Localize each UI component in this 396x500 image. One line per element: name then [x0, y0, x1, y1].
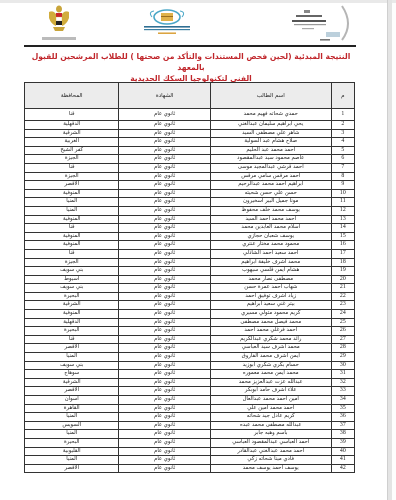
row-number: 9 — [331, 181, 354, 190]
certificate-cell: ثانوي عام — [119, 172, 210, 181]
student-name-cell: كريم عادل جيد شحاته — [210, 413, 331, 422]
table-row: 14اسلام محمد العابدين محمدثانوي عامقنا — [25, 224, 355, 233]
table-row: 13احمد محمد احمد السيدثانوي عامالمنوفية — [25, 215, 355, 224]
certificate-cell: ثانوي عام — [119, 447, 210, 456]
governorate-cell: الجيزة — [25, 172, 119, 181]
row-number: 31 — [331, 370, 354, 379]
table-row: 23بيتر غني سعيد ابراهيمثانوي عامالشرقية — [25, 301, 355, 310]
document-page: النتيجة المبدئية (لحين فحص المستندات وال… — [0, 0, 392, 500]
table-row: 25محمد فيصل محمد مصطفىثانوي عامالدقهلية — [25, 318, 355, 327]
governorate-cell: القاهرة — [25, 404, 119, 413]
student-name-cell: ابراهيم احمد محمد عبدالرحيم — [210, 181, 331, 190]
certificate-cell: ثانوي عام — [119, 387, 210, 396]
table-row: 11مونا جميل البير اسخيرونثانوي عامالمنيا — [25, 198, 355, 207]
certificate-cell: ثانوي عام — [119, 189, 210, 198]
table-row: 33علاء اشرف حامد ابوبكرثانوي عامالاقصر — [25, 387, 355, 396]
table-row: 30حسام بكري شكري ابوزيدثانوي عامبني سويف — [25, 361, 355, 370]
student-name-cell: مصطفى نصار محمد — [210, 275, 331, 284]
student-name-cell: احمد محمد احمد السيد — [210, 215, 331, 224]
table-row: 40احمد محمد عبدالغني عبدالقادرثانوي عاما… — [25, 447, 355, 456]
table-row: 8احمد مرقس سامي مرقسثانوي عامالجيزة — [25, 172, 355, 181]
table-row: 26احمد فرغلي محمد احمدثانوي عامالبحيرة — [25, 327, 355, 336]
governorate-cell: المنوفية — [25, 215, 119, 224]
row-number: 13 — [331, 215, 354, 224]
student-name-cell: يوسف احمد يوسف محمد — [210, 464, 331, 473]
results-table: م اسم الطالب الشهادة المحافظة 1حمدي شحات… — [24, 82, 355, 473]
student-name-cell: احمد سعيد احمد الشاذلي — [210, 249, 331, 258]
student-name-cell: احمد محمد امين علي — [210, 404, 331, 413]
row-number: 26 — [331, 327, 354, 336]
row-number: 39 — [331, 438, 354, 447]
row-number: 3 — [331, 129, 354, 138]
student-name-cell: حسام بكري شكري ابوزيد — [210, 361, 331, 370]
student-name-cell: محمد فيصل محمد مصطفى — [210, 318, 331, 327]
student-name-cell: رائد محمد شكري عبدالكريم — [210, 335, 331, 344]
certificate-cell: ثانوي عام — [119, 361, 210, 370]
certificate-cell: ثانوي عام — [119, 421, 210, 430]
student-name-cell: يوسف شعبان حجازي — [210, 232, 331, 241]
certificate-cell: ثانوي عام — [119, 109, 210, 121]
row-number: 15 — [331, 232, 354, 241]
railway-emblem-icon — [286, 4, 352, 44]
row-number: 20 — [331, 275, 354, 284]
table-row: 28محمد اشرف سيد العباسيثانوي عامالاقصر — [25, 344, 355, 353]
row-number: 16 — [331, 241, 354, 250]
student-name-cell: محمود محمد مختار عنتري — [210, 241, 331, 250]
governorate-cell: المنيا — [25, 353, 119, 362]
student-name-cell: احمد قرشي عبدالمجيد موسى — [210, 163, 331, 172]
governorate-cell: كفر الشيخ — [25, 146, 119, 155]
student-name-cell: احمد محمد عبدالغني عبدالقادر — [210, 447, 331, 456]
table-row: 19هشام ايمن قلسي سيهوبثانوي عامبني سويف — [25, 267, 355, 276]
certificate-cell: ثانوي عام — [119, 181, 210, 190]
governorate-cell: الدقهلية — [25, 318, 119, 327]
certificate-cell: ثانوي عام — [119, 138, 210, 147]
certificate-cell: ثانوي عام — [119, 146, 210, 155]
certificate-cell: ثانوي عام — [119, 353, 210, 362]
row-number: 25 — [331, 318, 354, 327]
table-row: 32عبدالله عزت عبدالعزيز محمدثانوي عامالش… — [25, 378, 355, 387]
governorate-cell: الدقهلية — [25, 121, 119, 130]
governorate-cell: المنيا — [25, 430, 119, 439]
row-number: 32 — [331, 378, 354, 387]
title-line-1: النتيجة المبدئية (لحين فحص المستندات وال… — [28, 51, 354, 73]
row-number: 37 — [331, 421, 354, 430]
governorate-cell: الغربية — [25, 138, 119, 147]
student-name-cell: صلاح هشام عبد السولية — [210, 138, 331, 147]
table-row: 36كريم عادل جيد شحاتهثانوي عامالمنيا — [25, 413, 355, 422]
table-row: 42يوسف احمد يوسف محمدثانوي عامالاقصر — [25, 464, 355, 473]
governorate-cell: بني سويف — [25, 284, 119, 293]
row-number: 12 — [331, 206, 354, 215]
table-row: 41فادي مينا شحاته زكيثانوي عامالمنيا — [25, 456, 355, 465]
row-number: 30 — [331, 361, 354, 370]
student-name-cell: يوسف محمد خلف محفوظ — [210, 206, 331, 215]
governorate-cell: الشرقية — [25, 378, 119, 387]
row-number: 19 — [331, 267, 354, 276]
table-row: 20مصطفى نصار محمدثانوي عاماسيوط — [25, 275, 355, 284]
table-row: 21شهاب احمد عمرة حسنثانوي عامبني سويف — [25, 284, 355, 293]
row-number: 40 — [331, 447, 354, 456]
governorate-cell: المنوفية — [25, 189, 119, 198]
row-number: 24 — [331, 310, 354, 319]
certificate-cell: ثانوي عام — [119, 327, 210, 336]
student-name-cell: عبدالله عزت عبدالعزيز محمد — [210, 378, 331, 387]
row-number: 27 — [331, 335, 354, 344]
table-row: 10حسن علي حسن شحيتهثانوي عامالمنوفية — [25, 189, 355, 198]
table-row: 27رائد محمد شكري عبدالكريمثانوي عامقنا — [25, 335, 355, 344]
governorate-cell: المنيا — [25, 198, 119, 207]
governorate-cell: المنيا — [25, 413, 119, 422]
railway-authority-logo — [286, 4, 352, 44]
row-number: 28 — [331, 344, 354, 353]
student-name-cell: كريم محمود متولي مسيري — [210, 310, 331, 319]
certificate-cell: ثانوي عام — [119, 284, 210, 293]
certificate-cell: ثانوي عام — [119, 413, 210, 422]
certificate-cell: ثانوي عام — [119, 292, 210, 301]
student-name-cell: باسم وهبه جابر — [210, 430, 331, 439]
governorate-cell: المنوفية — [25, 241, 119, 250]
table-row: 17احمد سعيد احمد الشاذليثانوي عامقنا — [25, 249, 355, 258]
certificate-cell: ثانوي عام — [119, 430, 210, 439]
row-number: 10 — [331, 189, 354, 198]
table-body: 1حمدي شحاته فهيم محمدثانوي عامقنا2يحي اب… — [25, 109, 355, 473]
student-name-cell: احمد العباسي عبدالمقصود العباسي — [210, 438, 331, 447]
student-name-cell: زياد اشرف توفيق احمد — [210, 292, 331, 301]
certificate-cell: ثانوي عام — [119, 404, 210, 413]
row-number: 11 — [331, 198, 354, 207]
governorate-cell: القليوبية — [25, 447, 119, 456]
table-row: 39احمد العباسي عبدالمقصود العباسيثانوي ع… — [25, 438, 355, 447]
student-name-cell: محمد اشرف خليفة ابراهيم — [210, 258, 331, 267]
governorate-cell: المنوفية — [25, 310, 119, 319]
header-certificate: الشهادة — [119, 83, 210, 109]
row-number: 21 — [331, 284, 354, 293]
student-name-cell: ايمن اشرف محمد الفاروق — [210, 353, 331, 362]
table-row: 24كريم محمود متولي مسيريثانوي عامالمنوفي… — [25, 310, 355, 319]
student-name-cell: حسن علي حسن شحيته — [210, 189, 331, 198]
student-name-cell: هشام ايمن قلسي سيهوب — [210, 267, 331, 276]
student-name-cell: محمد ايمن محمد معموره — [210, 370, 331, 379]
certificate-cell: ثانوي عام — [119, 267, 210, 276]
table-row: 29ايمن اشرف محمد الفاروقثانوي عامالمنيا — [25, 353, 355, 362]
header-governorate: المحافظة — [25, 83, 119, 109]
governorate-cell: الاقصر — [25, 387, 119, 396]
certificate-cell: ثانوي عام — [119, 275, 210, 284]
row-number: 33 — [331, 387, 354, 396]
row-number: 4 — [331, 138, 354, 147]
header-student-name: اسم الطالب — [210, 83, 331, 109]
row-number: 14 — [331, 224, 354, 233]
governorate-cell: الاقصر — [25, 181, 119, 190]
student-name-cell: يحي ابراهيم سليمان عبدالغني — [210, 121, 331, 130]
certificate-cell: ثانوي عام — [119, 215, 210, 224]
governorate-cell: الجيزة — [25, 258, 119, 267]
row-number: 29 — [331, 353, 354, 362]
certificate-cell: ثانوي عام — [119, 378, 210, 387]
student-name-cell: احمد فرغلي محمد احمد — [210, 327, 331, 336]
row-number: 18 — [331, 258, 354, 267]
row-number: 5 — [331, 146, 354, 155]
row-number: 8 — [331, 172, 354, 181]
certificate-cell: ثانوي عام — [119, 464, 210, 473]
row-number: 36 — [331, 413, 354, 422]
certificate-cell: ثانوي عام — [119, 241, 210, 250]
certificate-cell: ثانوي عام — [119, 258, 210, 267]
table-row: 3شاهر علي مصطفى السيدثانوي عامالشرقية — [25, 129, 355, 138]
governorate-cell: قنا — [25, 249, 119, 258]
certificate-cell: ثانوي عام — [119, 232, 210, 241]
student-name-cell: احمد محمد عبد الحليم — [210, 146, 331, 155]
egypt-coat-of-arms-logo — [42, 4, 76, 42]
certificate-cell: ثانوي عام — [119, 155, 210, 164]
governorate-cell: المنيا — [25, 456, 119, 465]
table-row: 37عبدالله مصطفى محمد عبدهثانوي عامالسويس — [25, 421, 355, 430]
table-header-row: م اسم الطالب الشهادة المحافظة — [25, 83, 355, 109]
header-divider — [24, 45, 356, 47]
student-name-cell: عبدالله مصطفى محمد عبده — [210, 421, 331, 430]
governorate-cell: الشرقية — [25, 301, 119, 310]
row-number: 23 — [331, 301, 354, 310]
student-name-cell: حمدي شحاته فهيم محمد — [210, 109, 331, 121]
institute-emblem-icon — [138, 8, 196, 36]
table-row: 31محمد ايمن محمد معمورهثانوي عامسوهاج — [25, 370, 355, 379]
governorate-cell: قنا — [25, 109, 119, 121]
governorate-cell: السويس — [25, 421, 119, 430]
student-name-cell: فادي مينا شحاته زكي — [210, 456, 331, 465]
document-title: النتيجة المبدئية (لحين فحص المستندات وال… — [28, 51, 354, 84]
table-row: 38باسم وهبه جابرثانوي عامالمنيا — [25, 430, 355, 439]
student-name-cell: بيتر غني سعيد ابراهيم — [210, 301, 331, 310]
governorate-cell: اسوان — [25, 396, 119, 405]
certificate-cell: ثانوي عام — [119, 318, 210, 327]
governorate-cell: قنا — [25, 335, 119, 344]
row-number: 41 — [331, 456, 354, 465]
coat-of-arms-caption — [42, 37, 76, 40]
student-name-cell: عاصم محمود سيد عبدالمقصود — [210, 155, 331, 164]
table-row: 15يوسف شعبان حجازيثانوي عامالمنوفية — [25, 232, 355, 241]
certificate-cell: ثانوي عام — [119, 301, 210, 310]
certificate-cell: ثانوي عام — [119, 163, 210, 172]
student-name-cell: شاهر علي مصطفى السيد — [210, 129, 331, 138]
table-row: 18محمد اشرف خليفة ابراهيمثانوي عامالجيزة — [25, 258, 355, 267]
student-name-cell: علاء اشرف حامد ابوبكر — [210, 387, 331, 396]
row-number: 35 — [331, 404, 354, 413]
governorate-cell: بني سويف — [25, 361, 119, 370]
table-row: 16محمود محمد مختار عنتريثانوي عامالمنوفي… — [25, 241, 355, 250]
student-name-cell: احمد مرقس سامي مرقس — [210, 172, 331, 181]
eagle-icon — [48, 4, 70, 34]
certificate-cell: ثانوي عام — [119, 310, 210, 319]
table-row: 1حمدي شحاته فهيم محمدثانوي عامقنا — [25, 109, 355, 121]
table-row: 35احمد محمد امين عليثانوي عامالقاهرة — [25, 404, 355, 413]
header-num: م — [331, 83, 354, 109]
governorate-cell: الشرقية — [25, 129, 119, 138]
certificate-cell: ثانوي عام — [119, 249, 210, 258]
table-row: 22زياد اشرف توفيق احمدثانوي عامالبحيرة — [25, 292, 355, 301]
certificate-cell: ثانوي عام — [119, 129, 210, 138]
row-number: 2 — [331, 121, 354, 130]
certificate-cell: ثانوي عام — [119, 198, 210, 207]
certificate-cell: ثانوي عام — [119, 224, 210, 233]
table-row: 2يحي ابراهيم سليمان عبدالغنيثانوي عامالد… — [25, 121, 355, 130]
table-row: 4صلاح هشام عبد السوليةثانوي عامالغربية — [25, 138, 355, 147]
table-row: 7احمد قرشي عبدالمجيد موسىثانوي عامقنا — [25, 163, 355, 172]
governorate-cell: البحيرة — [25, 438, 119, 447]
certificate-cell: ثانوي عام — [119, 370, 210, 379]
governorate-cell: البحيرة — [25, 292, 119, 301]
table-row: 6عاصم محمود سيد عبدالمقصودثانوي عامالجيز… — [25, 155, 355, 164]
page-right-edge — [387, 0, 392, 500]
governorate-cell: قنا — [25, 224, 119, 233]
certificate-cell: ثانوي عام — [119, 121, 210, 130]
student-name-cell: محمد اشرف سيد العباسي — [210, 344, 331, 353]
row-number: 17 — [331, 249, 354, 258]
governorate-cell: الجيزة — [25, 155, 119, 164]
table-row: 34امين احمد محمد عبدالعالثانوي عاماسوان — [25, 396, 355, 405]
table-row: 5احمد محمد عبد الحليمثانوي عامكفر الشيخ — [25, 146, 355, 155]
row-number: 38 — [331, 430, 354, 439]
governorate-cell: الاقصر — [25, 344, 119, 353]
certificate-cell: ثانوي عام — [119, 396, 210, 405]
governorate-cell: المنيا — [25, 206, 119, 215]
table-row: 12يوسف محمد خلف محفوظثانوي عامالمنيا — [25, 206, 355, 215]
governorate-cell: المنوفية — [25, 232, 119, 241]
row-number: 42 — [331, 464, 354, 473]
row-number: 1 — [331, 109, 354, 121]
certificate-cell: ثانوي عام — [119, 335, 210, 344]
student-name-cell: امين احمد محمد عبدالعال — [210, 396, 331, 405]
certificate-cell: ثانوي عام — [119, 456, 210, 465]
table-row: 9ابراهيم احمد محمد عبدالرحيمثانوي عامالا… — [25, 181, 355, 190]
governorate-cell: اسيوط — [25, 275, 119, 284]
page-top-edge — [0, 0, 396, 3]
governorate-cell: سوهاج — [25, 370, 119, 379]
certificate-cell: ثانوي عام — [119, 438, 210, 447]
governorate-cell: بني سويف — [25, 267, 119, 276]
governorate-cell: الاقصر — [25, 464, 119, 473]
row-number: 34 — [331, 396, 354, 405]
row-number: 7 — [331, 163, 354, 172]
governorate-cell: البحيرة — [25, 327, 119, 336]
certificate-cell: ثانوي عام — [119, 344, 210, 353]
student-name-cell: مونا جميل البير اسخيرون — [210, 198, 331, 207]
row-number: 6 — [331, 155, 354, 164]
institute-logo — [138, 8, 196, 36]
student-name-cell: اسلام محمد العابدين محمد — [210, 224, 331, 233]
row-number: 22 — [331, 292, 354, 301]
student-name-cell: شهاب احمد عمرة حسن — [210, 284, 331, 293]
certificate-cell: ثانوي عام — [119, 206, 210, 215]
governorate-cell: قنا — [25, 163, 119, 172]
